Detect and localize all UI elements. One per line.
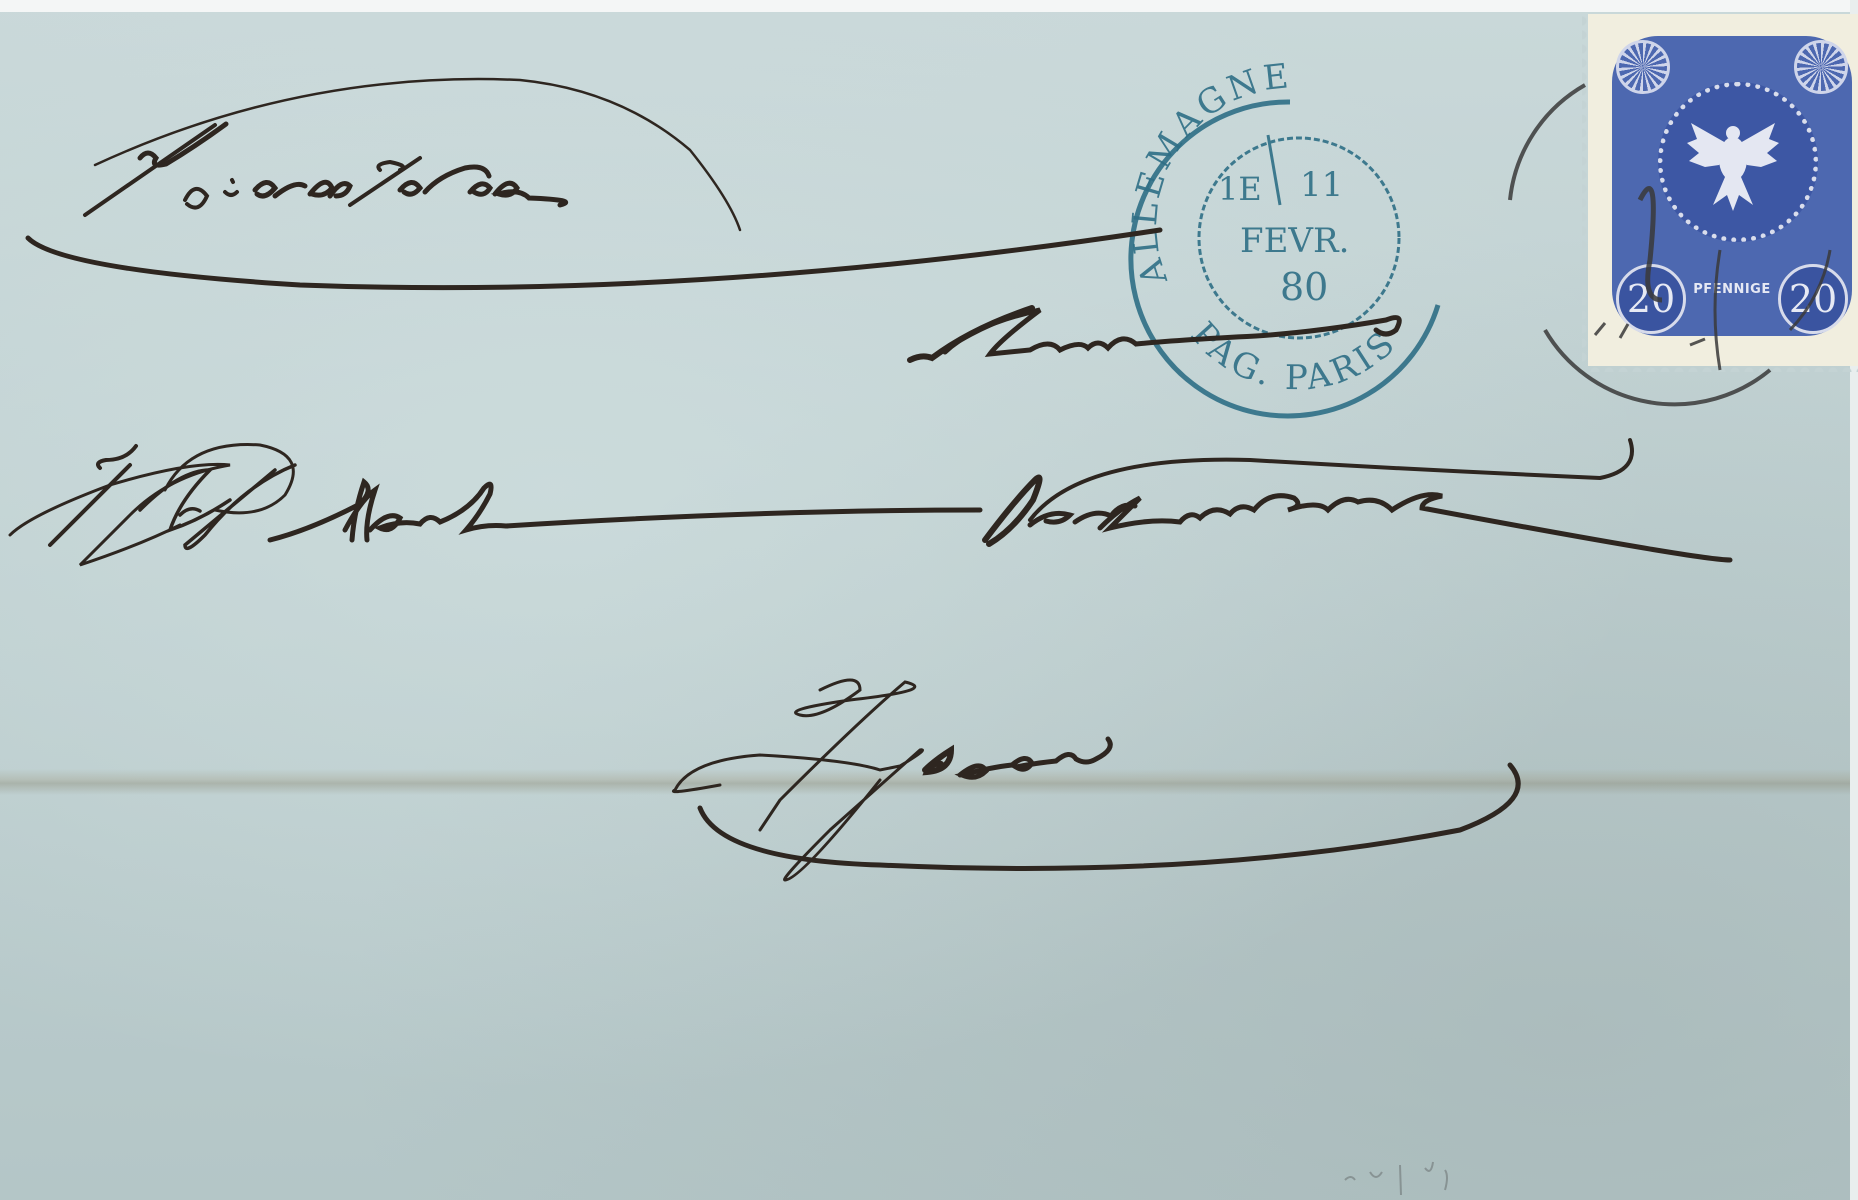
faint-marks xyxy=(1345,1162,1447,1195)
postmark-day: 11 xyxy=(1300,165,1343,205)
svg-text:PAG. PARIS: PAG. PARIS xyxy=(1183,315,1405,399)
ink-layer: ALLEMAGNE PAG. PARIS 1E 11 FEVR. 80 xyxy=(0,0,1858,1200)
postmark-year: 80 xyxy=(1280,265,1328,309)
handwriting-routing-note xyxy=(28,79,1160,288)
handwriting-addressee xyxy=(10,440,1730,565)
postmark-bottom-text: PAG. PARIS xyxy=(1183,315,1405,399)
cancel-postmark xyxy=(1510,85,1830,404)
postmark-month: FEVR. xyxy=(1240,221,1349,261)
postmark-line1-left: 1E xyxy=(1218,170,1262,208)
handwriting-city xyxy=(673,680,1518,880)
